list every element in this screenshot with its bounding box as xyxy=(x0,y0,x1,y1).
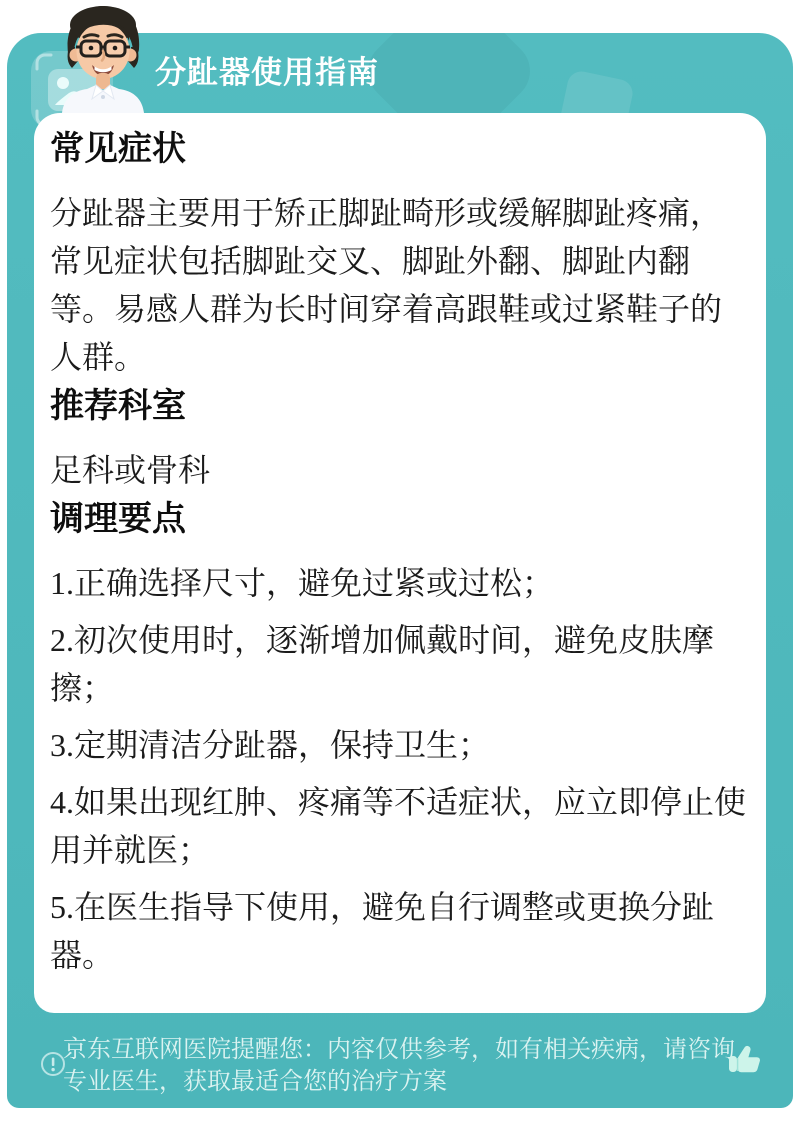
care-point-item: 5.在医生指导下使用，避免自行调整或更换分趾器。 xyxy=(50,883,746,979)
section-heading-care-points: 调理要点 xyxy=(50,497,746,541)
doctor-avatar xyxy=(54,3,151,113)
guide-card-shell: 分趾器使用指南 常见症状 分趾器主要用于矫正脚趾畸形或缓解脚趾疼痛，常见症状包括… xyxy=(7,33,793,1108)
page-title: 分趾器使用指南 xyxy=(155,51,379,95)
care-point-item: 3.定期清洁分趾器，保持卫生； xyxy=(50,721,746,769)
section-heading-symptoms: 常见症状 xyxy=(50,127,746,171)
care-point-item: 2.初次使用时，逐渐增加佩戴时间，避免皮肤摩擦； xyxy=(50,616,746,712)
disclaimer-text: 京东互联网医院提醒您：内容仅供参考，如有相关疾病，请咨询专业医生，获取最适合您的… xyxy=(63,1034,739,1098)
symptoms-paragraph: 分趾器主要用于矫正脚趾畸形或缓解脚趾疼痛，常见症状包括脚趾交叉、脚趾外翻、脚趾内… xyxy=(50,189,746,381)
department-paragraph: 足科或骨科 xyxy=(50,446,746,494)
care-point-item: 4.如果出现红肿、疼痛等不适症状，应立即停止使用并就医； xyxy=(50,778,746,874)
thumbs-up-icon[interactable] xyxy=(723,1039,763,1079)
content-card: 常见症状 分趾器主要用于矫正脚趾畸形或缓解脚趾疼痛，常见症状包括脚趾交叉、脚趾外… xyxy=(34,113,766,1013)
care-point-item: 1.正确选择尺寸，避免过紧或过松； xyxy=(50,559,746,607)
section-heading-department: 推荐科室 xyxy=(50,384,746,428)
